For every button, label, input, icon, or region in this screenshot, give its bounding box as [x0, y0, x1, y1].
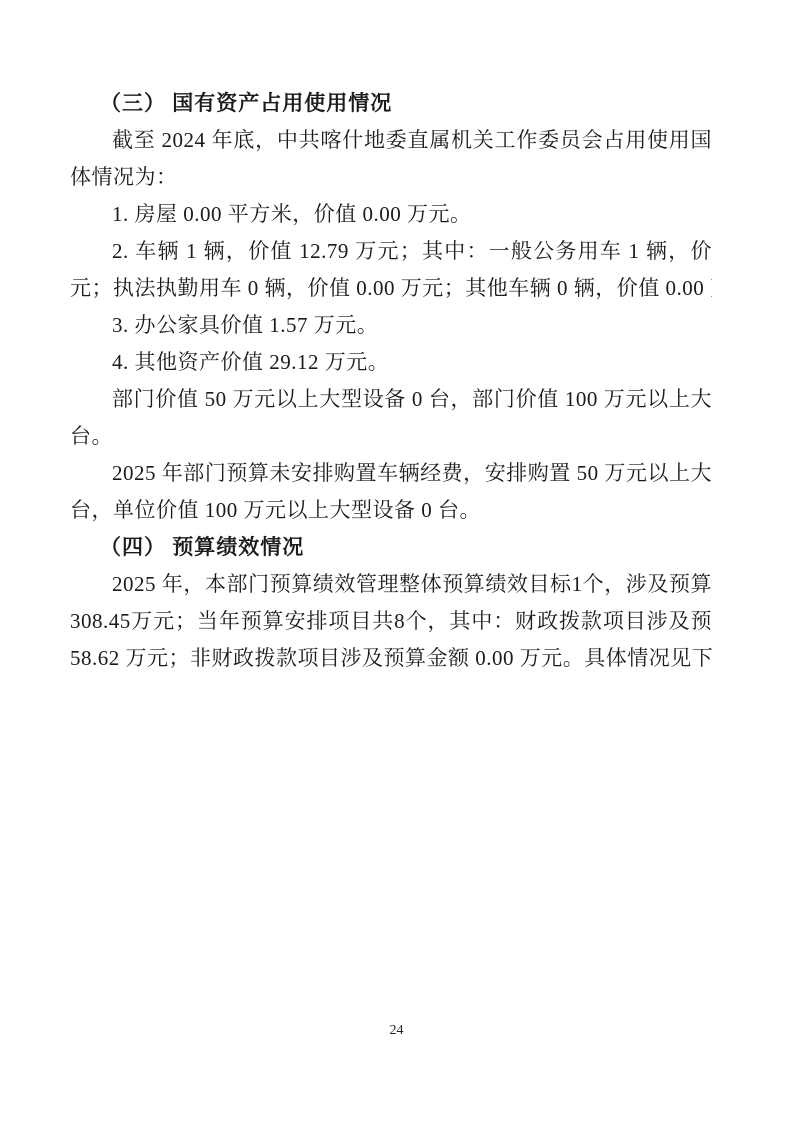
- document-body: （三） 国有资产占用使用情况 截至 2024 年底，中共喀什地委直属机关工作委员…: [70, 85, 712, 677]
- list-item-line: 4. 其他资产价值 29.12 万元。: [70, 344, 712, 381]
- paragraph-line: 台。: [70, 418, 712, 455]
- paragraph-line: 元；执法执勤用车 0 辆，价值 0.00 万元；其他车辆 0 辆，价值 0.00…: [70, 270, 712, 307]
- section-heading: （三） 国有资产占用使用情况: [70, 85, 712, 122]
- paragraph-line: 部门价值 50 万元以上大型设备 0 台，部门价值 100 万元以上大型设备 0: [70, 381, 712, 418]
- paragraph-line: 2025 年部门预算未安排购置车辆经费，安排购置 50 万元以上大型设备 0: [70, 455, 712, 492]
- paragraph-line: 58.62 万元；非财政拨款项目涉及预算金额 0.00 万元。具体情况见下表：: [70, 640, 712, 677]
- list-item-line: 1. 房屋 0.00 平方米，价值 0.00 万元。: [70, 196, 712, 233]
- list-item-line: 3. 办公家具价值 1.57 万元。: [70, 307, 712, 344]
- paragraph-line: 台，单位价值 100 万元以上大型设备 0 台。: [70, 492, 712, 529]
- page-number: 24: [0, 1022, 793, 1040]
- paragraph-line: 体情况为：: [70, 159, 712, 196]
- document-page: （三） 国有资产占用使用情况 截至 2024 年底，中共喀什地委直属机关工作委员…: [0, 0, 793, 1122]
- paragraph-line: 308.45万元；当年预算安排项目共8个，其中：财政拨款项目涉及预算金额: [70, 603, 712, 640]
- section-heading: （四） 预算绩效情况: [70, 529, 712, 566]
- list-item-line: 2. 车辆 1 辆，价值 12.79 万元；其中：一般公务用车 1 辆，价值 1…: [70, 233, 712, 270]
- paragraph-line: 截至 2024 年底，中共喀什地委直属机关工作委员会占用使用国有资产总: [70, 122, 712, 159]
- paragraph-line: 2025 年，本部门预算绩效管理整体预算绩效目标1个，涉及预算金额: [70, 566, 712, 603]
